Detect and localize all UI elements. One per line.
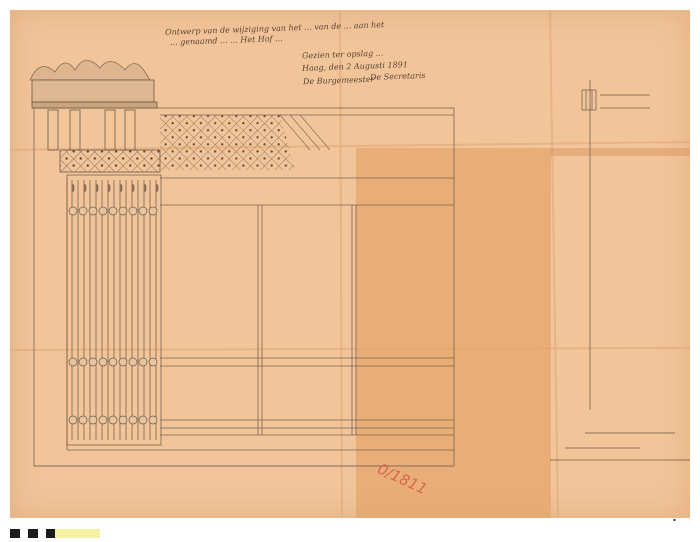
corner-mark: ▪ — [673, 517, 676, 522]
calibration-swatch-black-1 — [10, 529, 20, 538]
architectural-drawing — [10, 10, 690, 518]
iron-fence — [67, 175, 161, 445]
calibration-swatch-black-2 — [28, 529, 38, 538]
drawing-sheet: Ontwerp van de wijziging van het ... van… — [10, 10, 690, 518]
ornamental-cornice — [30, 60, 160, 172]
section-detail — [550, 80, 690, 460]
signature-secretary: De Secretaris — [370, 71, 426, 82]
lattice-panel — [160, 115, 295, 170]
calibration-swatch-yellow — [55, 529, 100, 538]
